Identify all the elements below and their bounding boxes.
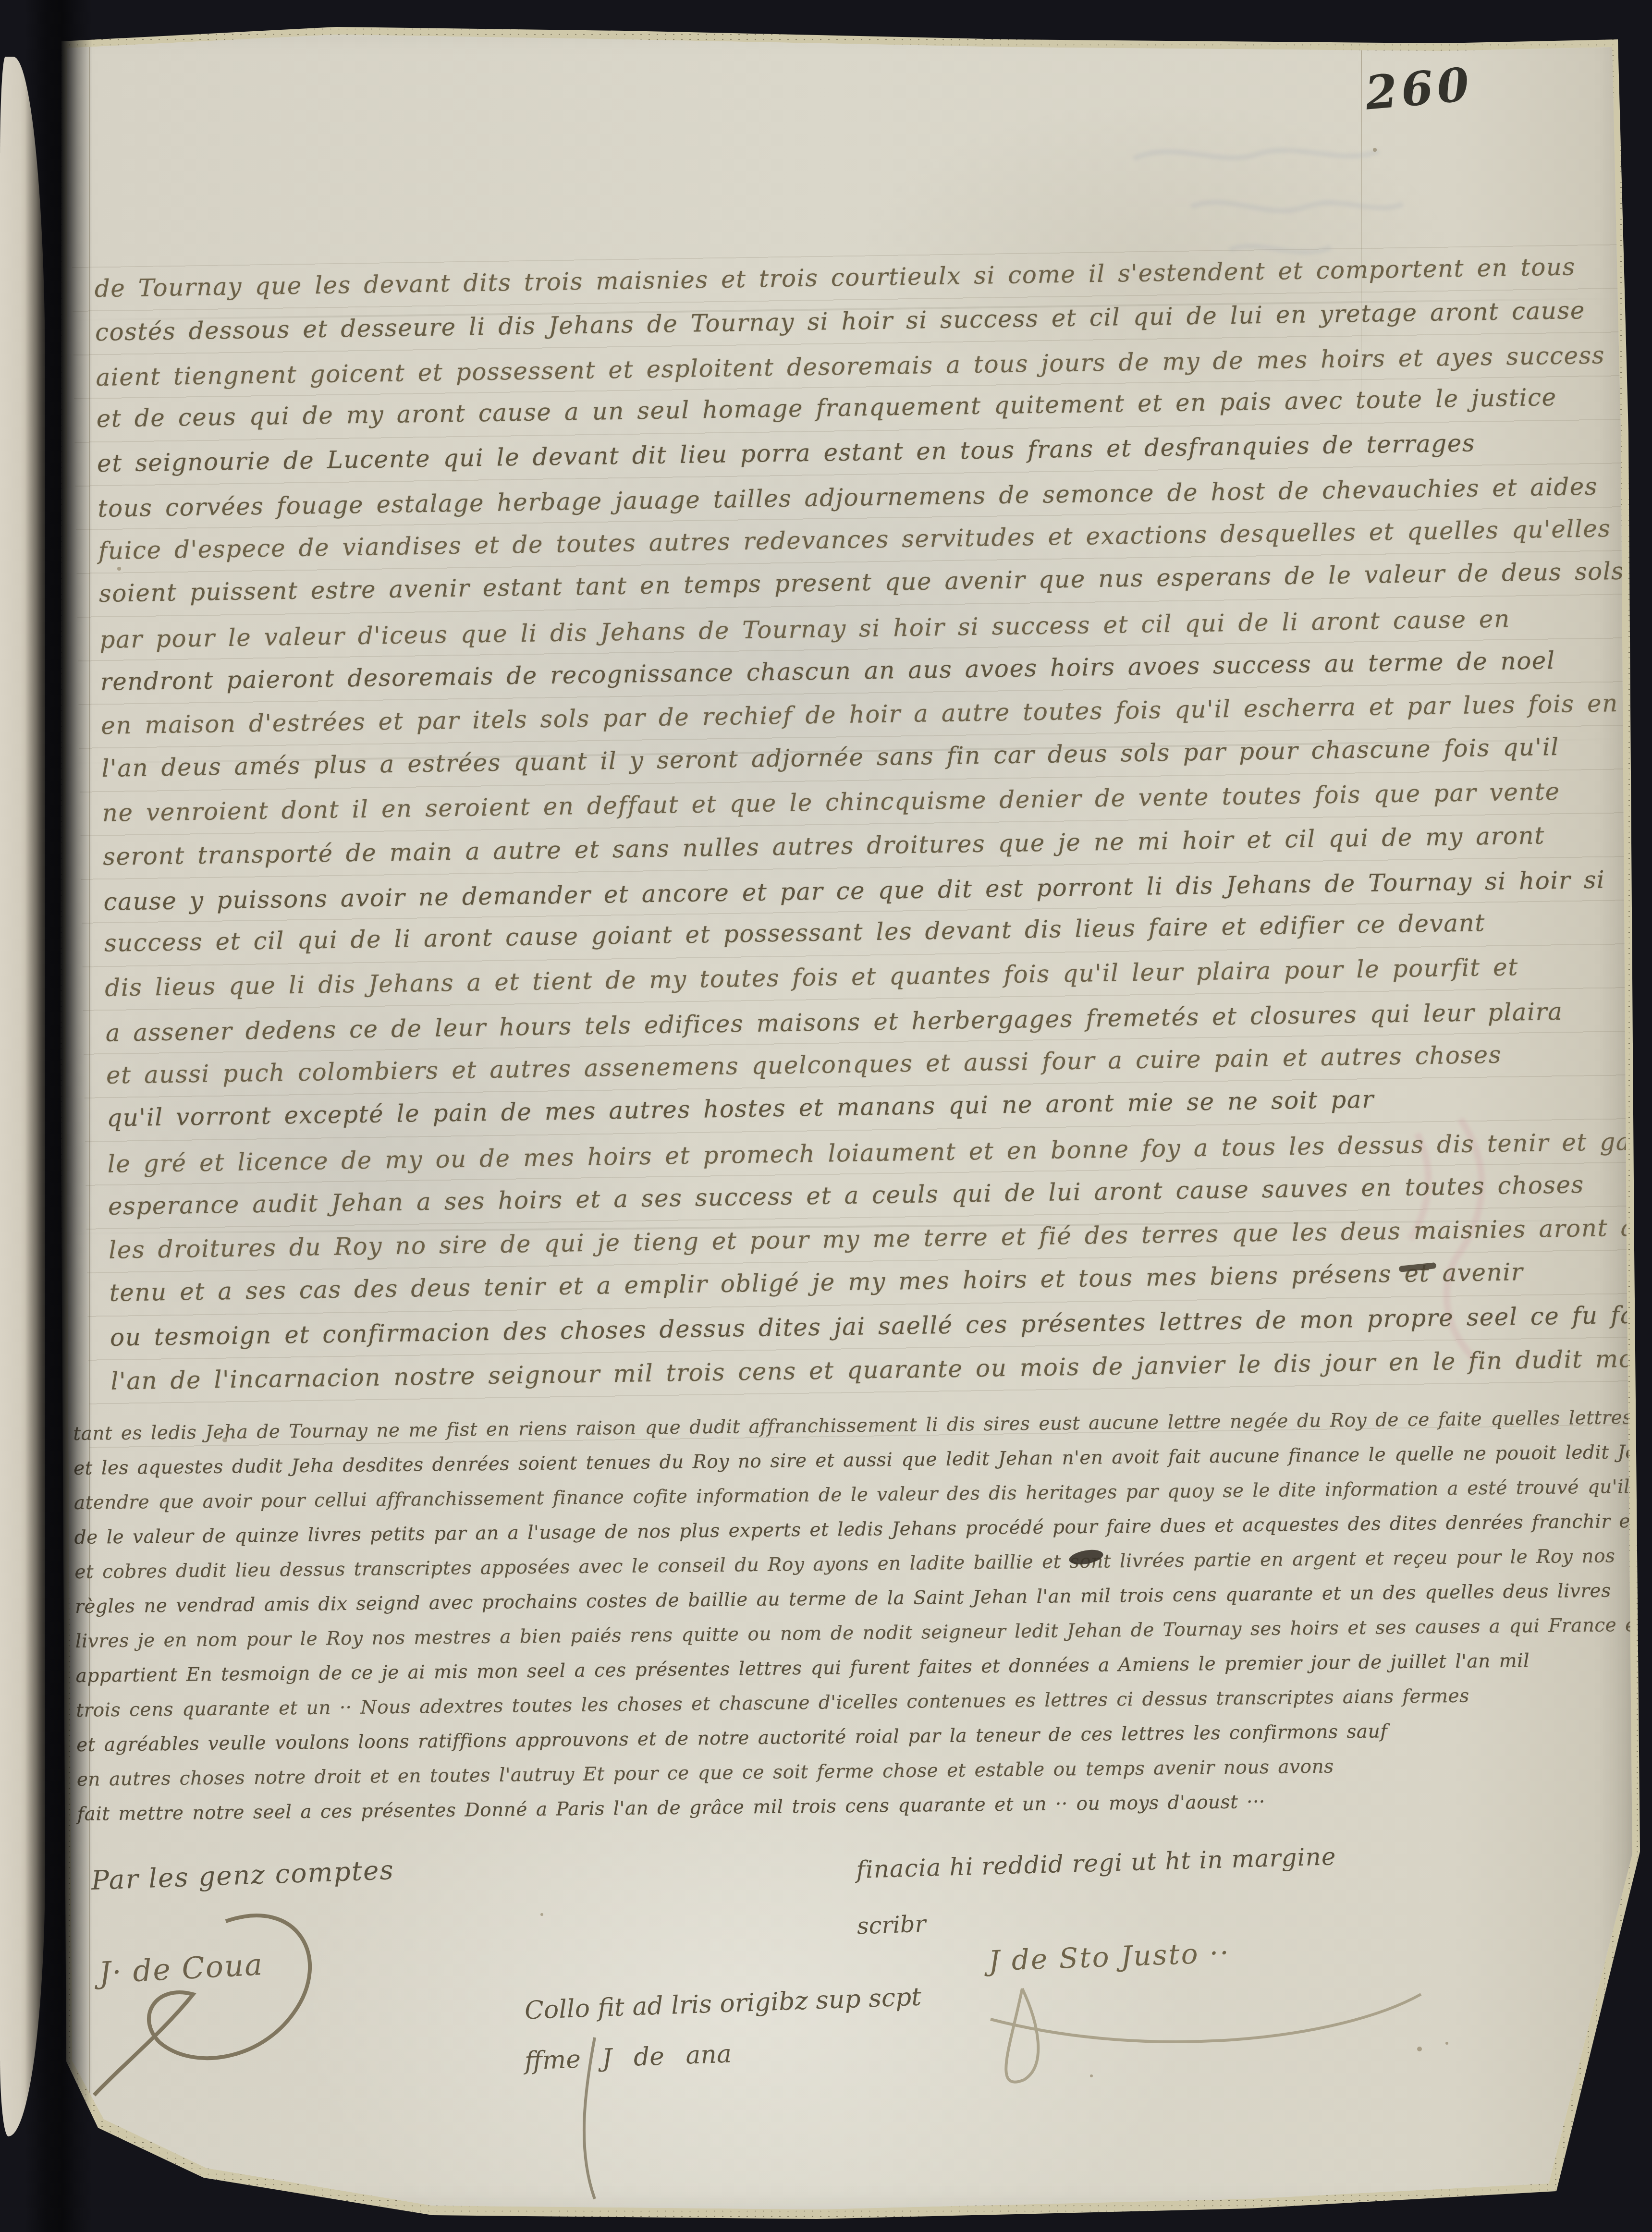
previous-folio-edge [0,57,45,2136]
chamber-of-accounts-note: Par les genz comptes [91,1854,395,1896]
signature-left: J· de Coua [98,1947,264,1990]
charter-text-block: de Tournay que les devant dits trois mai… [94,244,1641,1403]
folio-number: 260 [1363,57,1475,120]
collation-note: Collo fit ad lris origibz sup scpt [524,1983,922,2025]
manuscript-scan: 260 de Tournay que les devant dits trois… [0,0,1652,2232]
signature-paraph-left [94,1915,310,2095]
finance-marginal-note: finacia hi reddid regi ut ht in margine [856,1842,1336,1884]
collation-signature: ffme J de ana [524,2039,732,2075]
ink-showthrough-top [1134,150,1403,252]
signature-flourish-right [991,1988,1421,2082]
signature-right: J de Sto Justo ·· [988,1936,1231,1977]
parchment-page: 260 de Tournay que les devant dits trois… [0,0,1652,2232]
scribitur-abbreviation: scribr [857,1911,926,1940]
addendum-text-block: tant es ledis Jeha de Tournay ne me fist… [73,1401,1639,1832]
